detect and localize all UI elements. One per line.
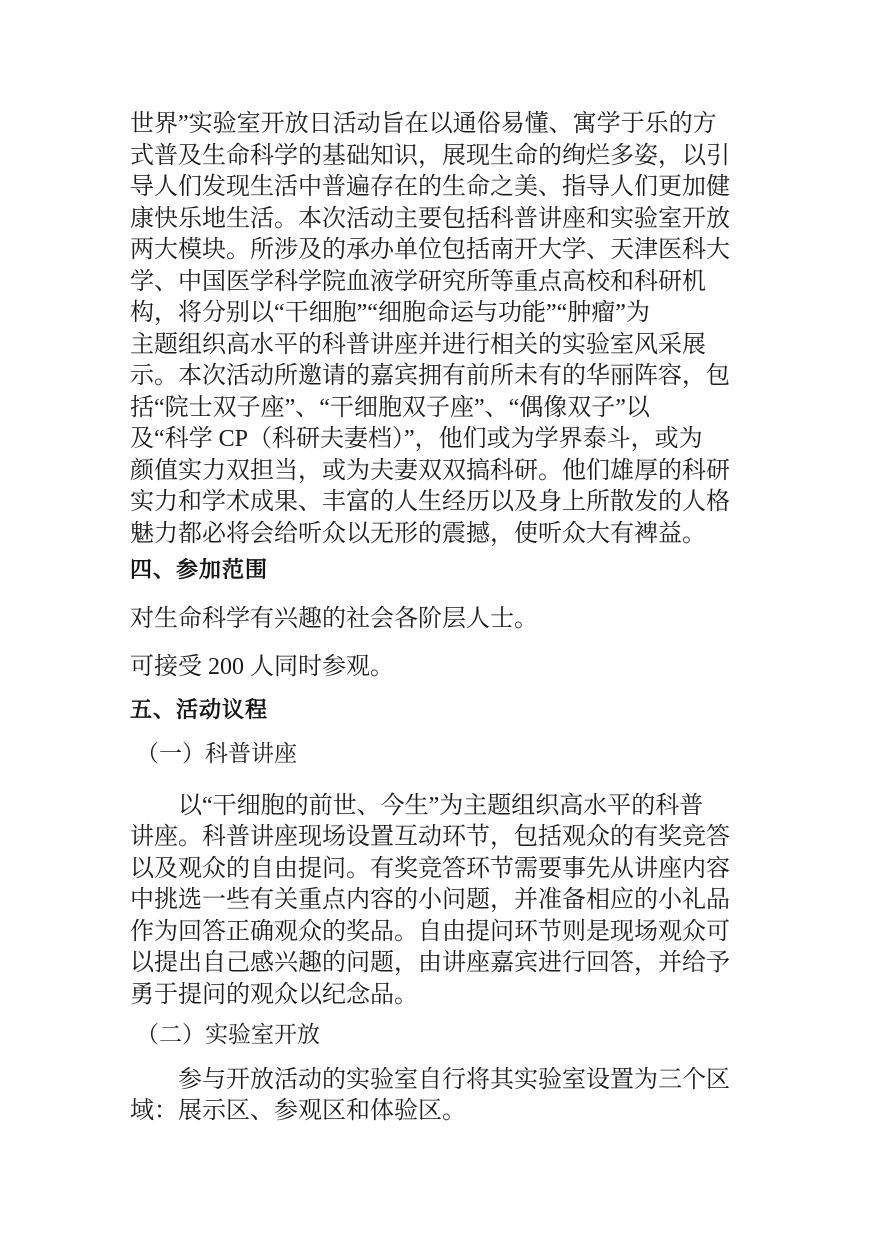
text-line: 示。本次活动所邀请的嘉宾拥有前所未有的华丽阵容，包 xyxy=(130,361,734,393)
text-line: 中挑选一些有关重点内容的小问题，并准备相应的小礼品 xyxy=(130,885,734,917)
text-line: 对生命科学有兴趣的社会各阶层人士。 xyxy=(130,604,734,636)
subsection-heading: （一）科普讲座 xyxy=(130,738,734,770)
section-heading: 四、参加范围 xyxy=(130,554,734,586)
text-line: 及“科学 CP（科研夫妻档）”，他们或为学界泰斗，或为 xyxy=(130,424,734,456)
text-line: 勇于提问的观众以纪念品。 xyxy=(130,980,734,1012)
text-line: 以“干细胞的前世、今生”为主题组织高水平的科普 xyxy=(130,791,734,823)
text-line: 参与开放活动的实验室自行将其实验室设置为三个区 xyxy=(130,1065,734,1097)
text-line: 域：展示区、参观区和体验区。 xyxy=(130,1096,734,1128)
text-line: 世界”实验室开放日活动旨在以通俗易懂、寓学于乐的方 xyxy=(130,109,734,141)
document-paragraph: 参与开放活动的实验室自行将其实验室设置为三个区域：展示区、参观区和体验区。 xyxy=(130,1065,734,1128)
document-paragraph: 对生命科学有兴趣的社会各阶层人士。 xyxy=(130,604,734,636)
text-line: 以及观众的自由提问。有奖竞答环节需要事先从讲座内容 xyxy=(130,854,734,886)
text-line: 康快乐地生活。本次活动主要包括科普讲座和实验室开放 xyxy=(130,204,734,236)
document-body: 世界”实验室开放日活动旨在以通俗易懂、寓学于乐的方式普及生命科学的基础知识，展现… xyxy=(130,109,734,1128)
text-line: 颜值实力双担当，或为夫妻双双搞科研。他们雄厚的科研 xyxy=(130,456,734,488)
document-page: 世界”实验室开放日活动旨在以通俗易懂、寓学于乐的方式普及生命科学的基础知识，展现… xyxy=(0,0,890,1258)
text-line: 以提出自己感兴趣的问题，由讲座嘉宾进行回答，并给予 xyxy=(130,948,734,980)
text-line: 作为回答正确观众的奖品。自由提问环节则是现场观众可 xyxy=(130,917,734,949)
text-line: 魅力都必将会给听众以无形的震撼，使听众大有裨益。 xyxy=(130,519,734,551)
text-line: 括“院士双子座”、“干细胞双子座”、“偶像双子”以 xyxy=(130,393,734,425)
document-paragraph: 世界”实验室开放日活动旨在以通俗易懂、寓学于乐的方式普及生命科学的基础知识，展现… xyxy=(130,109,734,550)
text-line: 实力和学术成果、丰富的人生经历以及身上所散发的人格 xyxy=(130,487,734,519)
text-line: 构，将分别以“干细胞”“细胞命运与功能”“肿瘤”为 xyxy=(130,298,734,330)
document-paragraph: 可接受 200 人同时参观。 xyxy=(130,652,734,684)
text-line: 主题组织高水平的科普讲座并进行相关的实验室风采展 xyxy=(130,330,734,362)
section-heading: 五、活动议程 xyxy=(130,694,734,726)
subsection-heading: （二）实验室开放 xyxy=(130,1019,734,1051)
text-line: 学、中国医学科学院血液学研究所等重点高校和科研机 xyxy=(130,267,734,299)
text-line: 两大模块。所涉及的承办单位包括南开大学、天津医科大 xyxy=(130,235,734,267)
document-paragraph: 以“干细胞的前世、今生”为主题组织高水平的科普讲座。科普讲座现场设置互动环节，包… xyxy=(130,791,734,1012)
text-line: 讲座。科普讲座现场设置互动环节，包括观众的有奖竞答 xyxy=(130,822,734,854)
text-line: 导人们发现生活中普遍存在的生命之美、指导人们更加健 xyxy=(130,172,734,204)
text-line: 可接受 200 人同时参观。 xyxy=(130,652,734,684)
text-line: 式普及生命科学的基础知识，展现生命的绚烂多姿，以引 xyxy=(130,141,734,173)
